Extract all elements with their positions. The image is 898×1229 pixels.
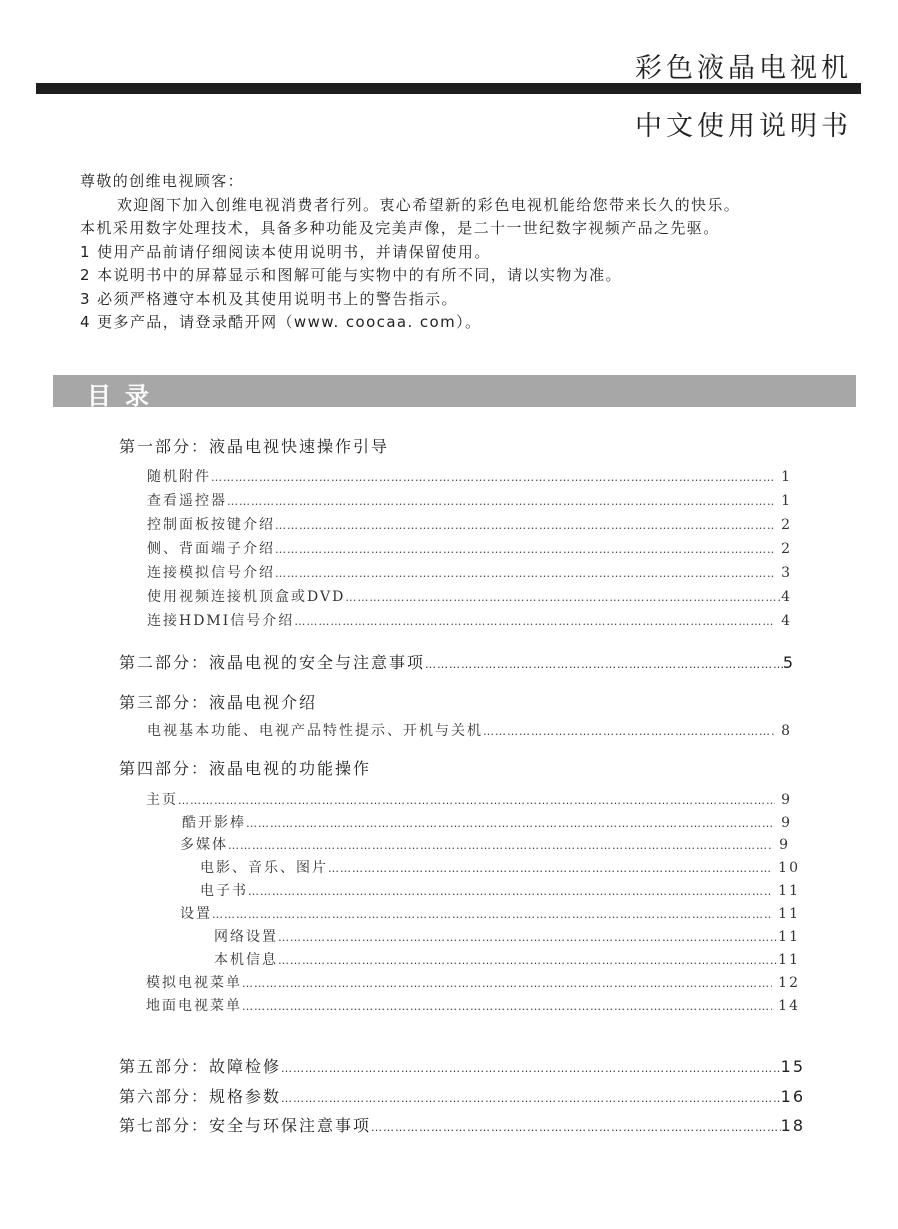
toc-heading: 目录 <box>87 376 163 411</box>
toc-entry[interactable]: 电子书11 <box>200 880 800 900</box>
toc-entry[interactable]: 连接HDMI信号介绍4 <box>147 610 792 630</box>
toc-entry[interactable]: 连接模拟信号介绍3 <box>147 562 792 582</box>
page-title: 彩色液晶电视机 <box>635 46 852 85</box>
toc-entry[interactable]: 网络设置11 <box>214 926 800 946</box>
toc-entry[interactable]: 电视基本功能、电视产品特性提示、开机与关机8 <box>147 720 792 740</box>
toc-part-5[interactable]: 第五部分：故障检修15 <box>119 1054 805 1077</box>
toc-part-6[interactable]: 第六部分：规格参数16 <box>119 1084 805 1107</box>
intro-line: 4 更多产品，请登录酷开网（www. coocaa. com）。 <box>80 311 740 335</box>
toc-entry[interactable]: 地面电视菜单14 <box>146 995 800 1015</box>
toc-part-2[interactable]: 第二部分：液晶电视的安全与注意事项5 <box>119 650 795 673</box>
intro-line: 3 必须严格遵守本机及其使用说明书上的警告指示。 <box>80 288 740 312</box>
toc-part-3[interactable]: 第三部分：液晶电视介绍 <box>119 690 317 713</box>
toc-entry[interactable]: 侧、背面端子介绍2 <box>147 538 792 558</box>
toc-entry[interactable]: 随机附件1 <box>147 466 792 486</box>
toc-entry[interactable]: 主页9 <box>146 789 792 809</box>
header-rule <box>36 83 861 94</box>
toc-entry[interactable]: 酷开影棒9 <box>182 812 792 832</box>
toc-entry[interactable]: 控制面板按键介绍2 <box>147 514 792 534</box>
toc-entry[interactable]: 多媒体9 <box>180 834 790 854</box>
intro-line: 欢迎阁下加入创维电视消费者行列。衷心希望新的彩色电视机能给您带来长久的快乐。 <box>80 194 740 218</box>
toc-entry[interactable]: 电影、音乐、图片10 <box>200 857 800 877</box>
toc-entry[interactable]: 本机信息11 <box>214 949 800 969</box>
toc-entry[interactable]: 使用视频连接机顶盒或DVD4 <box>147 586 792 606</box>
intro-line: 1 使用产品前请仔细阅读本使用说明书，并请保留使用。 <box>80 241 740 265</box>
intro-line: 2 本说明书中的屏幕显示和图解可能与实物中的有所不同，请以实物为准。 <box>80 264 740 288</box>
page-subtitle: 中文使用说明书 <box>635 104 852 143</box>
toc-entry[interactable]: 设置11 <box>180 903 800 923</box>
toc-part-4[interactable]: 第四部分：液晶电视的功能操作 <box>119 756 371 779</box>
intro-line: 本机采用数字处理技术，具备多种功能及完美声像，是二十一世纪数字视频产品之先驱。 <box>80 217 740 241</box>
intro-section: 尊敬的创维电视顾客： 欢迎阁下加入创维电视消费者行列。衷心希望新的彩色电视机能给… <box>80 170 740 335</box>
toc-part-7[interactable]: 第七部分：安全与环保注意事项18 <box>119 1113 805 1136</box>
greeting: 尊敬的创维电视顾客： <box>80 170 740 194</box>
toc-entry[interactable]: 查看遥控器1 <box>147 490 792 510</box>
toc-part-1[interactable]: 第一部分：液晶电视快速操作引导 <box>119 434 389 457</box>
toc-banner: 目录 <box>53 375 856 407</box>
toc-entry[interactable]: 模拟电视菜单12 <box>146 972 800 992</box>
